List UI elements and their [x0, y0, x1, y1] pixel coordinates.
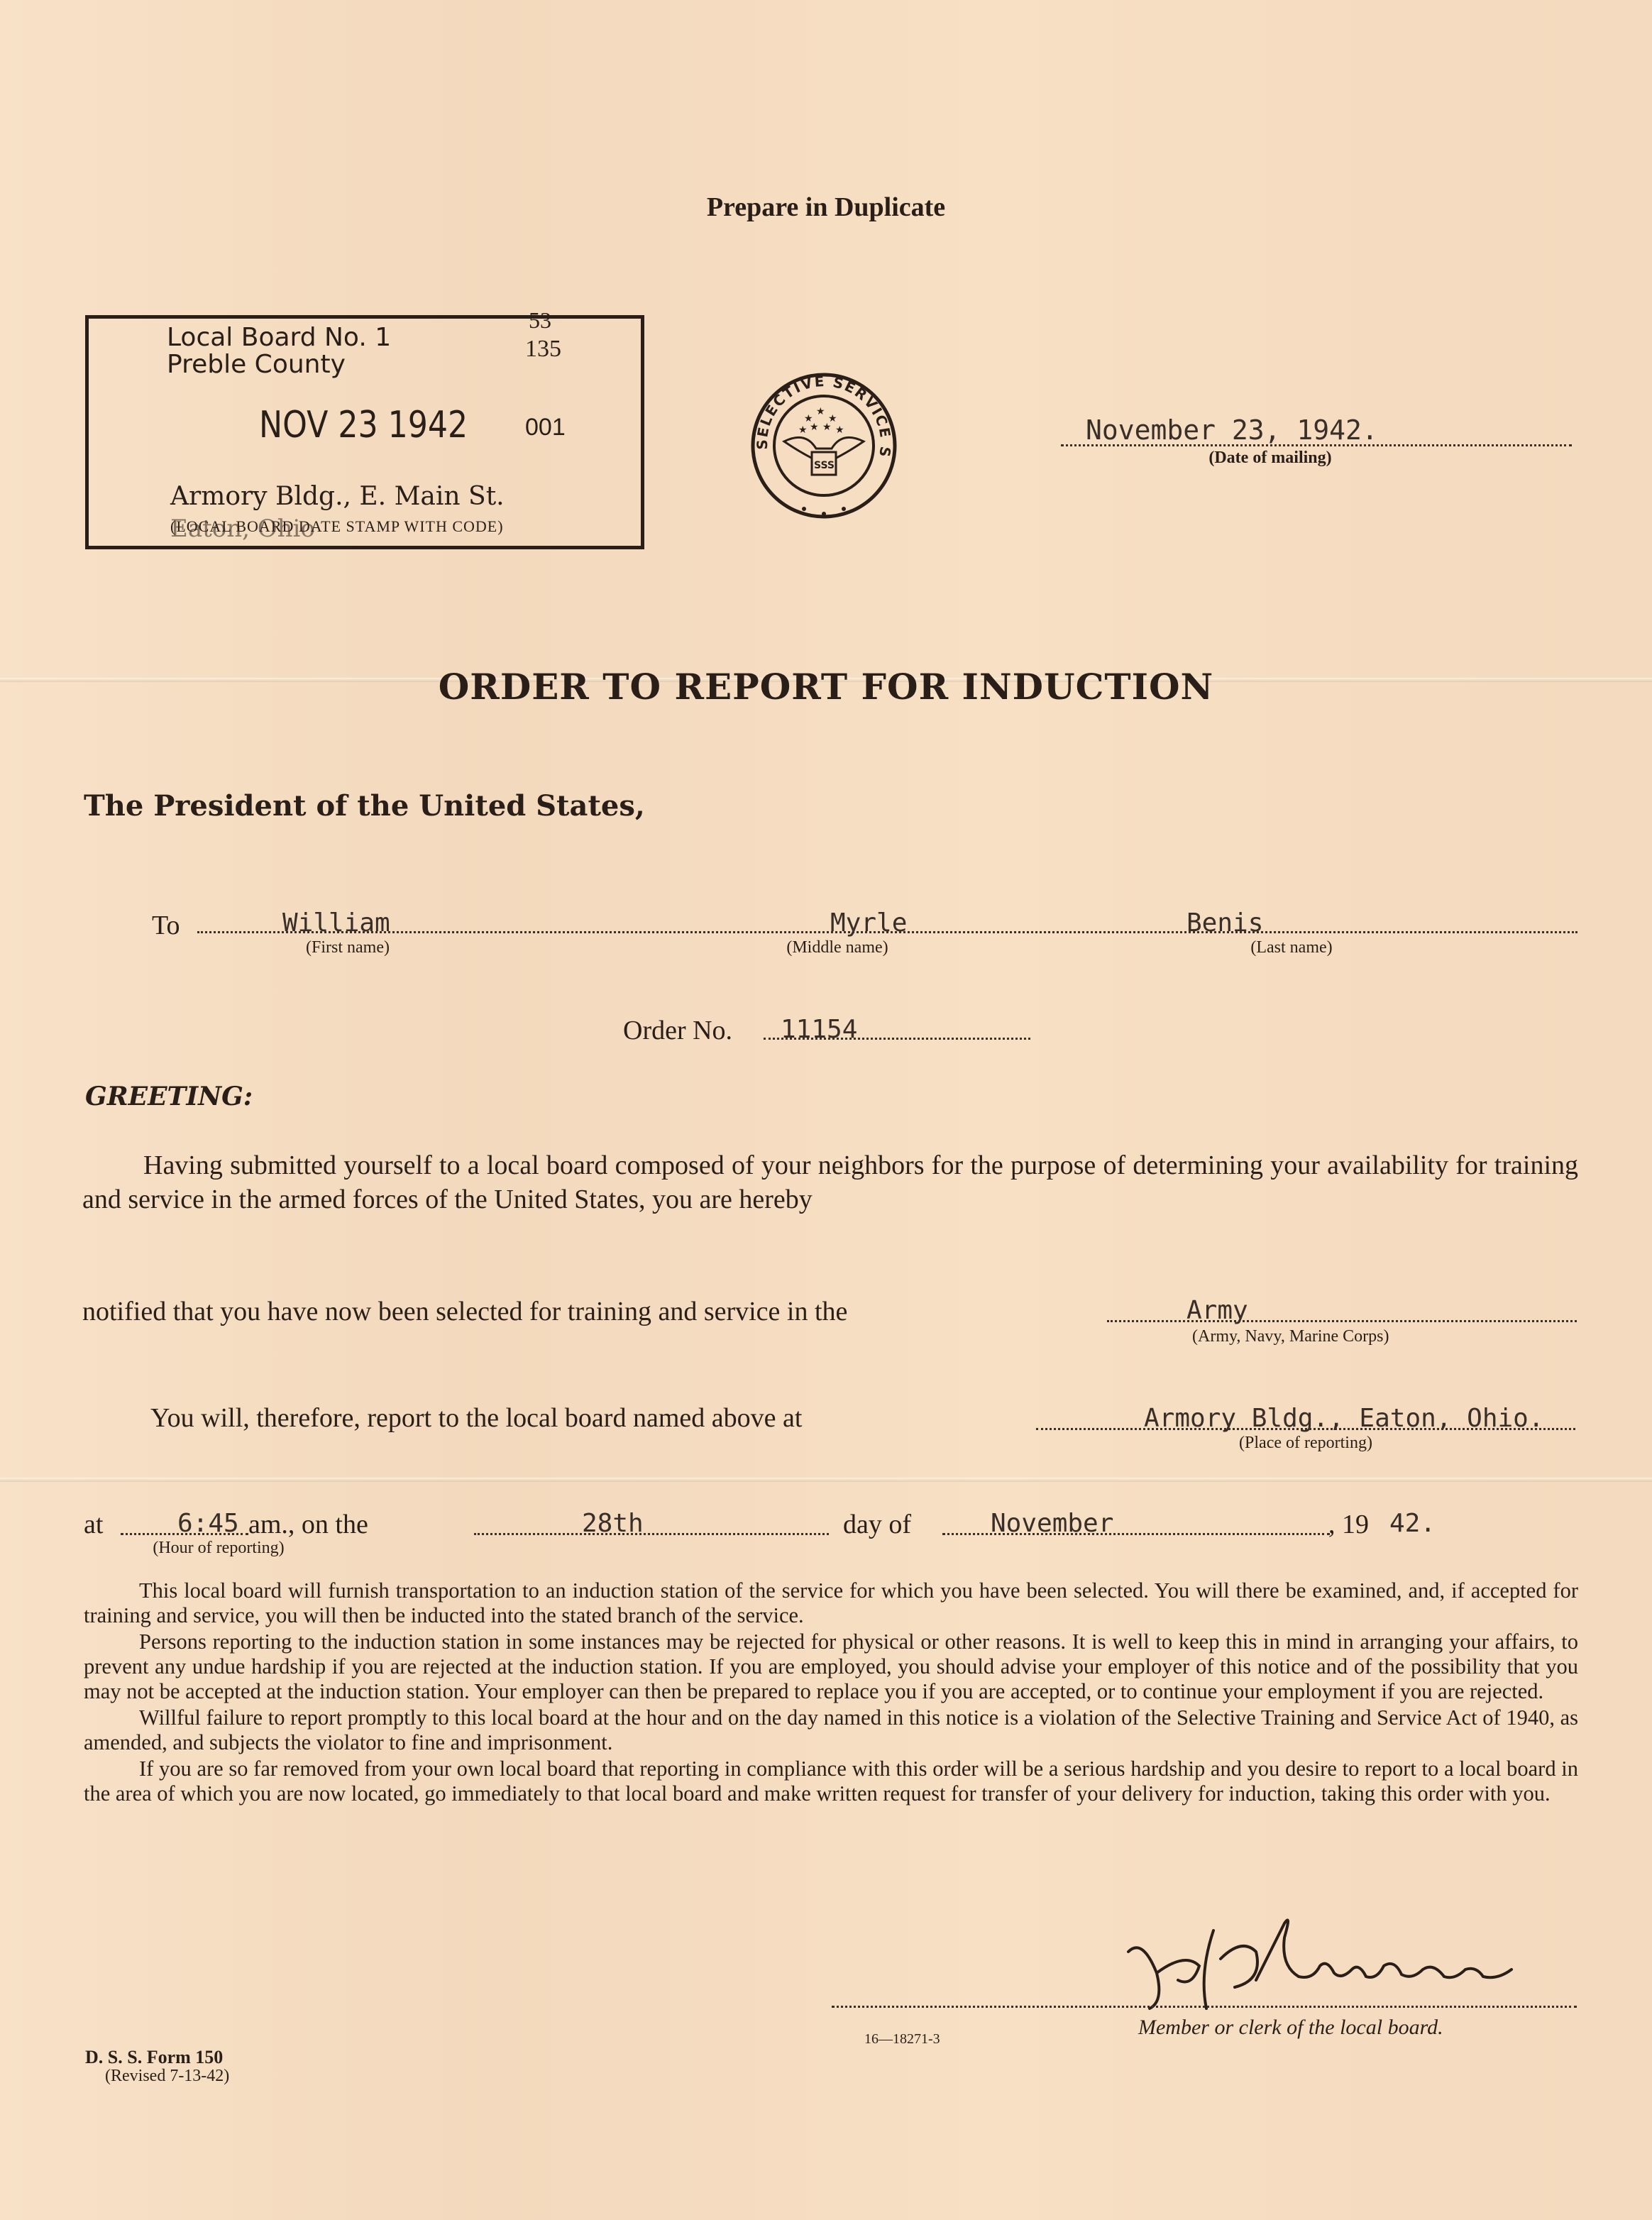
recipient-last-name: Benis	[1186, 908, 1263, 938]
svg-text:★: ★	[835, 424, 844, 436]
hour-value: 6:45	[177, 1509, 239, 1538]
mailing-date: November 23, 1942.	[1086, 414, 1378, 446]
stamp-address: Armory Bldg., E. Main St.	[170, 482, 505, 511]
form-name: D. S. S. Form 150	[85, 2047, 223, 2068]
signature-line	[832, 2006, 1577, 2008]
instruction-paragraph: This local board will furnish transporta…	[84, 1578, 1578, 1628]
mailing-date-caption: (Date of mailing)	[1164, 449, 1377, 468]
year-value: 42.	[1389, 1509, 1436, 1538]
month-value: November	[991, 1509, 1113, 1538]
greeting: GREETING:	[85, 1082, 253, 1111]
prepare-note: Prepare in Duplicate	[0, 192, 1652, 223]
svg-text:★: ★	[816, 406, 825, 417]
instructions: This local board will furnish transporta…	[84, 1578, 1578, 1808]
stamp-caption: (LOCAL BOARD DATE STAMP WITH CODE)	[170, 517, 504, 536]
branch-caption: (Army, Navy, Marine Corps)	[1192, 1327, 1490, 1346]
recipient-middle-name: Myrle	[830, 908, 907, 938]
place-value: Armory Bldg., Eaton, Ohio.	[1144, 1404, 1544, 1433]
stamp-date: NOV 23 1942	[259, 404, 468, 446]
place-caption: (Place of reporting)	[1206, 1434, 1405, 1453]
hour-caption: (Hour of reporting)	[119, 1539, 318, 1558]
svg-text:★: ★	[798, 424, 808, 436]
stamp-county: Preble County	[167, 350, 346, 379]
recipient-first-name: William	[282, 908, 390, 938]
stamp-code-bottom: 001	[525, 414, 566, 441]
stamp-board: Local Board No. 1	[167, 323, 391, 352]
signature-caption: Member or clerk of the local board.	[1138, 2016, 1443, 2040]
stamp-code-top: 53	[529, 307, 551, 334]
instruction-paragraph: If you are so far removed from your own …	[84, 1757, 1578, 1806]
page-title: ORDER TO REPORT FOR INDUCTION	[0, 666, 1652, 708]
selective-service-seal-icon: SELECTIVE SERVICE SYSTEM ★★★ ★★★★ SSS	[749, 363, 899, 528]
am-label: am., on the	[248, 1509, 368, 1540]
order-number: 11154	[781, 1015, 857, 1044]
print-code: 16—18271-3	[864, 2031, 940, 2048]
selected-text: notified that you have now been selected…	[82, 1296, 847, 1327]
branch-line	[1107, 1320, 1577, 1322]
middle-name-caption: (Middle name)	[752, 938, 923, 957]
branch-value: Army	[1186, 1296, 1248, 1325]
salutation: The President of the United States,	[84, 789, 645, 823]
year-prefix: , 19	[1328, 1509, 1369, 1540]
svg-text:★: ★	[810, 422, 819, 433]
mailing-date-line	[1061, 444, 1572, 446]
paper-fold	[0, 1478, 1652, 1482]
order-label: Order No.	[623, 1015, 732, 1046]
form-revised: (Revised 7-13-42)	[105, 2067, 229, 2086]
stamp-code-mid: 135	[525, 336, 561, 363]
signature	[1114, 1909, 1604, 2016]
instruction-paragraph: Willful failure to report promptly to th…	[84, 1705, 1578, 1755]
last-name-caption: (Last name)	[1221, 938, 1362, 957]
report-text: You will, therefore, report to the local…	[150, 1402, 802, 1434]
to-label: To	[152, 910, 180, 941]
day-line	[474, 1533, 829, 1535]
at-label: at	[84, 1509, 103, 1540]
svg-text:★: ★	[822, 422, 832, 433]
day-value: 28th	[582, 1509, 644, 1538]
svg-text:SSS: SSS	[814, 460, 835, 471]
date-stamp-box: Local Board No. 1 Preble County 53 135 N…	[85, 315, 644, 549]
instruction-paragraph: Persons reporting to the induction stati…	[84, 1630, 1578, 1704]
first-name-caption: (First name)	[270, 938, 426, 957]
day-of-label: day of	[843, 1509, 911, 1540]
intro-paragraph: Having submitted yourself to a local boa…	[82, 1148, 1578, 1216]
